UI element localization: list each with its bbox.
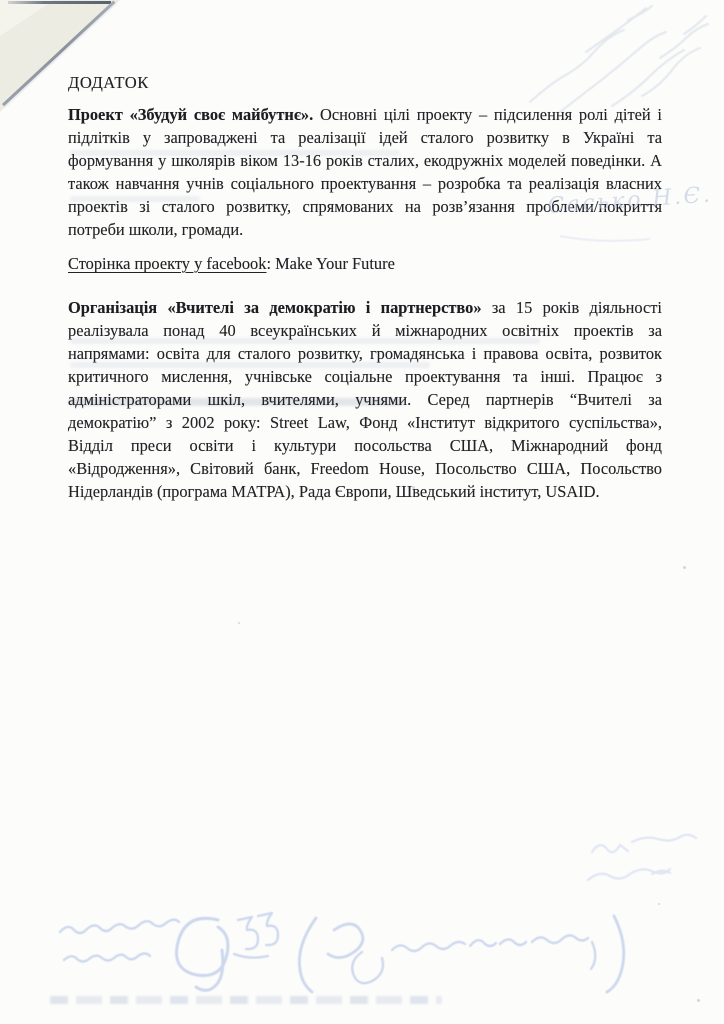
paragraph-organization: Організація «Вчителі за демократію і пар…	[68, 296, 662, 503]
facebook-line: Сторінка проекту у facebook: Make Your F…	[68, 252, 662, 275]
facebook-line-label: Сторінка проекту у facebook	[68, 254, 266, 273]
paragraph-project-body: Основні цілі проекту – підсилення ролі д…	[68, 105, 662, 239]
scanned-page: ДОДАТОК Проект «Збудуй своє майбутнє». О…	[0, 0, 724, 1024]
facebook-line-value: : Make Your Future	[266, 254, 394, 273]
paragraph-organization-lead: Організація «Вчителі за демократію і пар…	[68, 298, 482, 317]
note-bottom-large-icon	[60, 913, 624, 992]
scan-speck	[238, 622, 240, 624]
corner-fold-top-edge	[8, 1, 111, 4]
paragraph-project: Проект «Збудуй своє майбутнє». Основні ц…	[68, 103, 662, 241]
paragraph-organization-body: за 15 років діяльності реалізувала понад…	[68, 298, 662, 501]
scan-speck	[697, 999, 700, 1002]
footer-bleedthrough-text	[50, 996, 442, 1004]
note-right-small-icon	[588, 835, 696, 880]
paragraph-project-lead: Проект «Збудуй своє майбутнє».	[68, 105, 313, 124]
scan-speck	[683, 566, 686, 569]
document-text-block: ДОДАТОК Проект «Збудуй своє майбутнє». О…	[68, 71, 662, 514]
scan-speck	[658, 903, 660, 905]
document-heading: ДОДАТОК	[68, 71, 662, 94]
